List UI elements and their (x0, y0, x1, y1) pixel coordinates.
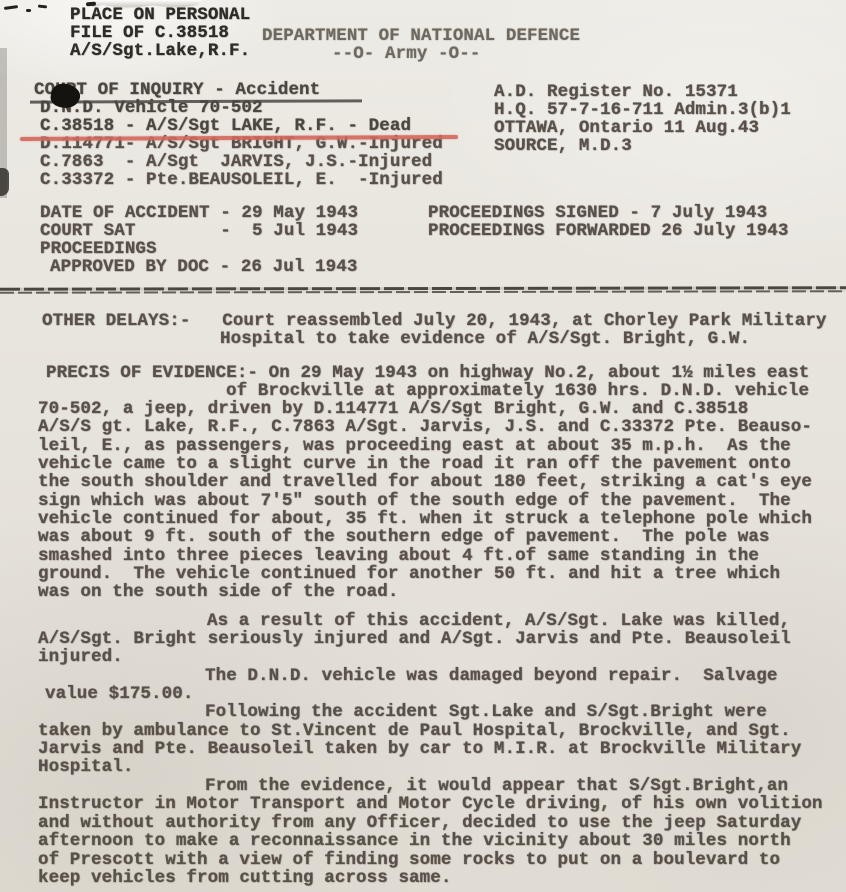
precis-line: A/S/S gt. Lake, R.F., C.7863 A/Sgt. Jarv… (38, 418, 812, 437)
body-line: A/S/Sgt. Bright seriously injured and A/… (38, 630, 791, 649)
casualty-line: C.33372 - Pte.BEAUSOLEIL, E. -Injured (40, 171, 443, 190)
body-line: Hospital. (38, 758, 133, 777)
precis-line: was about 9 ft. south of the southern ed… (38, 528, 770, 547)
other-delays-line: Hospital to take evidence of A/S/Sgt. Br… (220, 330, 750, 349)
document-text-layer: PLACE ON PERSONAL FILE OF C.38518 A/S/Sg… (0, 0, 846, 892)
precis-line: was on the south side of the road. (38, 583, 398, 602)
date-line: PROCEEDINGS FORWARDED 26 July 1943 (428, 222, 788, 241)
body-line: Following the accident Sgt.Lake and S/Sg… (205, 703, 767, 722)
body-line: afternoon to make a reconnaissance in th… (38, 832, 791, 851)
body-line: value $175.00. (45, 685, 193, 704)
body-line: keep vehicles from cutting across same. (38, 869, 451, 888)
file-note-line: A/S/Sgt.Lake,R.F. (70, 42, 250, 61)
date-line: APPROVED BY DOC - 26 Jul 1943 (50, 258, 357, 277)
register-line: SOURCE, M.D.3 (494, 137, 632, 156)
body-line: Jarvis and Pte. Beausoleil taken by car … (38, 740, 801, 759)
precis-line: the south shoulder and travelled for abo… (38, 473, 812, 492)
body-line: Instructor in Motor Transport and Motor … (38, 795, 823, 814)
body-line: injured. (38, 648, 123, 667)
scanned-document-page: PLACE ON PERSONAL FILE OF C.38518 A/S/Sg… (0, 0, 846, 892)
army-line: --O- Army -O-- (332, 45, 480, 64)
body-line: The D.N.D. vehicle was damaged beyond re… (205, 667, 778, 686)
